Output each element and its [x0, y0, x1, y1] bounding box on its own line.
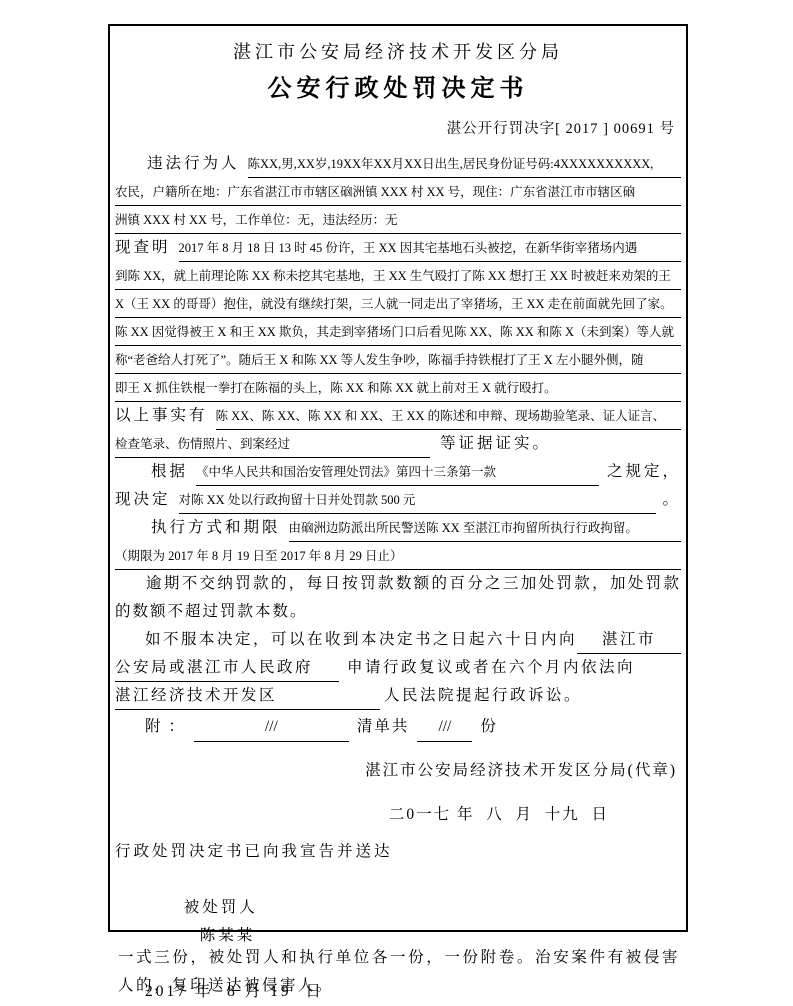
execution-line-1: 执行方式和期限 由硇洲边防派出所民警送陈 XX 至湛江市拘留所执行行政拘留。	[115, 514, 681, 542]
findings-value-6: 即王 X 抓住铁棍一拳打在陈福的头上，陈 XX 和陈 XX 就上前对王 X 就行…	[115, 374, 681, 402]
decision-suffix: 。	[656, 486, 681, 514]
execution-period-note: （期限为 2017 年 8 月 19 日至 2017 年 8 月 29 日止）	[115, 542, 681, 570]
evidence-label: 以上事实有	[115, 402, 216, 430]
evidence-value-2: 检查笔录、伤情照片、到案经过	[115, 430, 290, 458]
evidence-line-1: 以上事实有 陈 XX、陈 XX、陈 XX 和 XX、王 XX 的陈述和申辩、现场…	[115, 402, 681, 430]
decision-label: 现决定	[115, 486, 179, 514]
execution-label: 执行方式和期限	[151, 514, 289, 542]
findings-value-4: 陈 XX 因觉得被王 X 和王 XX 欺负，其走到宰猪场门口后看见陈 XX、陈 …	[115, 318, 681, 346]
basis-line: 根据 《中华人民共和国治安管理处罚法》第四十三条第一款 之规定，	[115, 458, 681, 486]
penalty-decision-page: 湛江市公安局经济技术开发区分局 公安行政处罚决定书 湛公开行罚决字[ 2017 …	[0, 0, 793, 1006]
decision-line: 现决定 对陈 XX 处以行政拘留十日并处罚款 500 元 。	[115, 486, 681, 514]
punished-person-name: 陈某某	[200, 927, 256, 944]
appeal-court: 湛江经济技术开发区	[115, 682, 380, 710]
evidence-blank	[290, 430, 430, 458]
offender-line-1: 违法行为人 陈XX,男,XX岁,19XX年XX月XX日出生,居民身份证号码:4X…	[115, 150, 681, 178]
attachment-blank-2: ///	[417, 712, 472, 742]
decision-blank	[415, 486, 656, 514]
offender-value-2: 农民，户籍所在地：广东省湛江市市辖区硇洲镇 XXX 村 XX 号，现住：广东省湛…	[115, 178, 681, 206]
appeal-line-3: 湛江经济技术开发区 人民法院提起行政诉讼。	[115, 682, 681, 710]
basis-label: 根据	[151, 458, 196, 486]
document-title: 公安行政处罚决定书	[115, 68, 681, 103]
offender-value-1: 陈XX,男,XX岁,19XX年XX月XX日出生,居民身份证号码:4XXXXXXX…	[248, 150, 681, 178]
evidence-suffix: 等证据证实。	[430, 430, 559, 458]
evidence-line-2: 检查笔录、伤情照片、到案经过 等证据证实。	[115, 430, 681, 458]
basis-suffix: 之规定，	[599, 458, 681, 486]
appeal-review-org-part1: 湛江市	[577, 626, 681, 654]
evidence-value-1: 陈 XX、陈 XX、陈 XX 和 XX、王 XX 的陈述和申辩、现场勘验笔录、证…	[216, 402, 681, 430]
offender-label: 违法行为人	[147, 150, 248, 178]
execution-value: 由硇洲边防派出所民警送陈 XX 至湛江市拘留所执行行政拘留。	[289, 514, 681, 542]
punished-person-label: 被处罚人	[184, 899, 258, 916]
findings-value-1: 2017 年 8 月 18 日 13 时 45 份许，王 XX 因其宅基地石头被…	[179, 234, 681, 262]
findings-value-5: 称“老爸给人打死了”。随后王 X 和陈 XX 等人发生争吵，陈福手持铁棍打了王 …	[115, 346, 681, 374]
appeal-text-1: 如不服本决定，可以在收到本决定书之日起六十日内向	[115, 626, 577, 654]
attachment-blank-1: ///	[194, 712, 349, 742]
issuing-org-title: 湛江市公安局经济技术开发区分局	[115, 38, 681, 64]
findings-value-2: 到陈 XX，就上前理论陈 XX 称未挖其宅基地，王 XX 生气殴打了陈 XX 想…	[115, 262, 681, 290]
document-number: 湛公开行罚决字[ 2017 ] 00691 号	[115, 117, 681, 138]
signature-date: 二0一七 年 八 月 十九 日	[115, 802, 681, 824]
attachment-line: 附 ： /// 清单共 /// 份	[115, 712, 681, 742]
appeal-text-3: 人民法院提起行政诉讼。	[380, 682, 582, 710]
appeal-line-2: 公安局或湛江市人民政府 申请行政复议或者在六个月内依法向	[115, 654, 681, 682]
attachment-unit: 份	[472, 712, 496, 742]
findings-line-1: 现查明 2017 年 8 月 18 日 13 时 45 份许，王 XX 因其宅基…	[115, 234, 681, 262]
basis-blank	[496, 458, 599, 486]
late-fee-notice: 逾期不交纳罚款的，每日按罚款数额的百分之三加处罚款，加处罚款的数额不超过罚款本数…	[115, 570, 681, 626]
appeal-line-1: 如不服本决定，可以在收到本决定书之日起六十日内向 湛江市	[115, 626, 681, 654]
attachment-list-label: 清单共	[349, 712, 418, 742]
findings-label: 现查明	[115, 234, 179, 262]
document-body: 违法行为人 陈XX,男,XX岁,19XX年XX月XX日出生,居民身份证号码:4X…	[115, 150, 681, 1006]
signature-org: 湛江市公安局经济技术开发区分局(代章)	[115, 758, 681, 780]
decision-value: 对陈 XX 处以行政拘留十日并处罚款 500 元	[179, 486, 416, 514]
appeal-review-org-part2: 公安局或湛江市人民政府	[115, 654, 339, 682]
distribution-note: 一式三份，被处罚人和执行单位各一份，一份附卷。治安案件有被侵害人的，复印送达被侵…	[118, 944, 680, 1000]
delivery-announcement: 行政处罚决定书已向我宣告并送达	[115, 838, 681, 866]
offender-value-3: 洲镇 XXX 村 XX 号，工作单位：无，违法经历：无	[115, 206, 681, 234]
appeal-text-2: 申请行政复议或者在六个月内依法向	[339, 654, 635, 682]
basis-value: 《中华人民共和国治安管理处罚法》第四十三条第一款	[196, 458, 496, 486]
document-border-box: 湛江市公安局经济技术开发区分局 公安行政处罚决定书 湛公开行罚决字[ 2017 …	[108, 24, 688, 932]
findings-value-3: X（王 XX 的哥哥）抱住，就没有继续打架，三人就一同走出了宰猪场，王 XX 走…	[115, 290, 681, 318]
attachment-label: 附 ：	[115, 712, 186, 742]
